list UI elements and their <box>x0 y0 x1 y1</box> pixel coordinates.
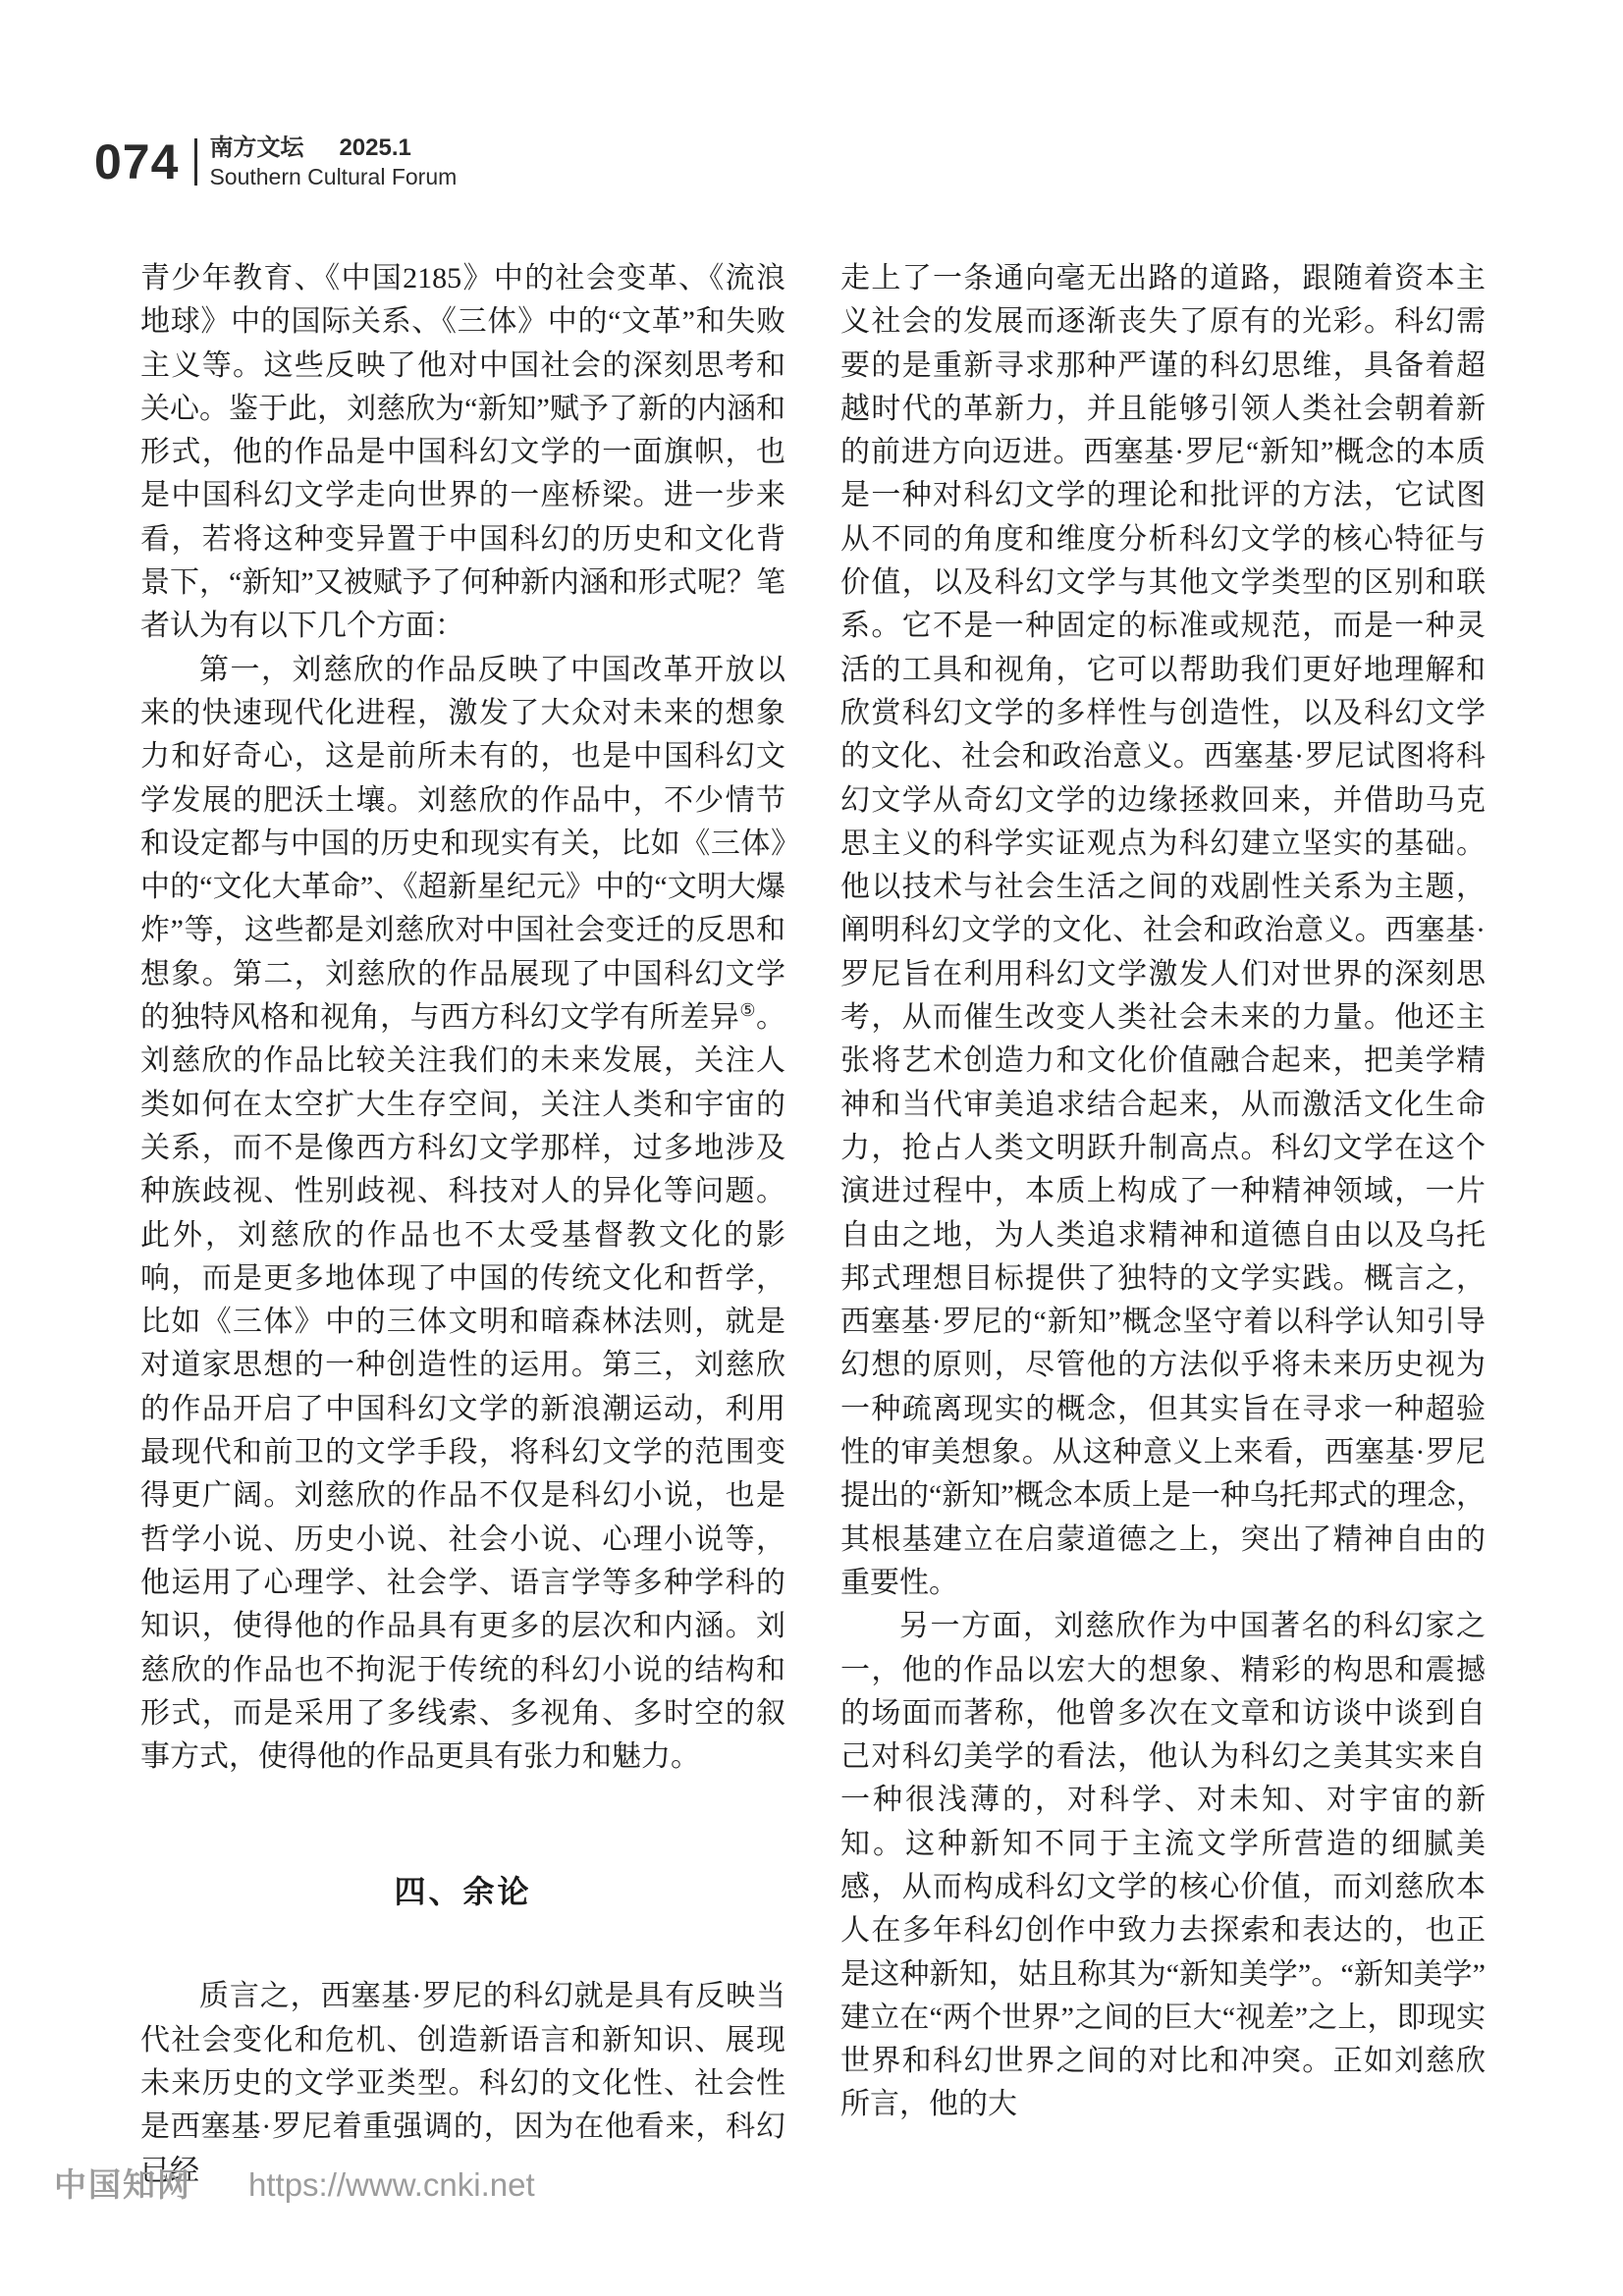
journal-title-block: 南方文坛 2025.1 Southern Cultural Forum <box>209 135 457 188</box>
article-body: 青少年教育、《中国2185》中的社会变革、《流浪地球》中的国际关系、《三体》中的… <box>140 257 1486 2193</box>
cnki-url: https://www.cnki.net <box>248 2166 535 2204</box>
right-column: 走上了一条通向毫无出路的道路，跟随着资本主义社会的发展而逐渐丧失了原有的光彩。科… <box>840 257 1486 2193</box>
paragraph-text: 。刘慈欣的作品比较关注我们的未来发展，关注人类如何在太空扩大生存空间，关注人类和… <box>140 1001 785 1773</box>
paragraph: 走上了一条通向毫无出路的道路，跟随着资本主义社会的发展而逐渐丧失了原有的光彩。科… <box>840 257 1486 1605</box>
paragraph: 青少年教育、《中国2185》中的社会变革、《流浪地球》中的国际关系、《三体》中的… <box>140 257 785 649</box>
paragraph: 第一，刘慈欣的作品反映了中国改革开放以来的快速现代化进程，激发了大众对未来的想象… <box>140 649 785 1780</box>
journal-issue: 2025.1 <box>339 135 410 160</box>
footnote-marker: ⑤ <box>739 1000 756 1020</box>
left-column: 青少年教育、《中国2185》中的社会变革、《流浪地球》中的国际关系、《三体》中的… <box>140 257 785 2193</box>
journal-name-en: Southern Cultural Forum <box>209 165 457 188</box>
section-heading: 四、余论 <box>140 1867 785 1912</box>
paragraph: 另一方面，刘慈欣作为中国著名的科幻家之一，他的作品以宏大的想象、精彩的构思和震撼… <box>840 1605 1486 2127</box>
page-footer: 中国知网 https://www.cnki.net <box>54 2160 535 2206</box>
paragraph-text: 第一，刘慈欣的作品反映了中国改革开放以来的快速现代化进程，激发了大众对未来的想象… <box>140 654 785 1034</box>
journal-page: 074 南方文坛 2025.1 Southern Cultural Forum … <box>0 0 1623 2296</box>
cnki-watermark: 中国知网 <box>54 2160 191 2206</box>
page-header: 074 南方文坛 2025.1 Southern Cultural Forum <box>94 135 457 188</box>
header-divider <box>194 138 197 186</box>
journal-title-row: 南方文坛 2025.1 <box>209 135 457 160</box>
page-number: 074 <box>94 137 179 187</box>
journal-name-cn: 南方文坛 <box>209 135 303 160</box>
